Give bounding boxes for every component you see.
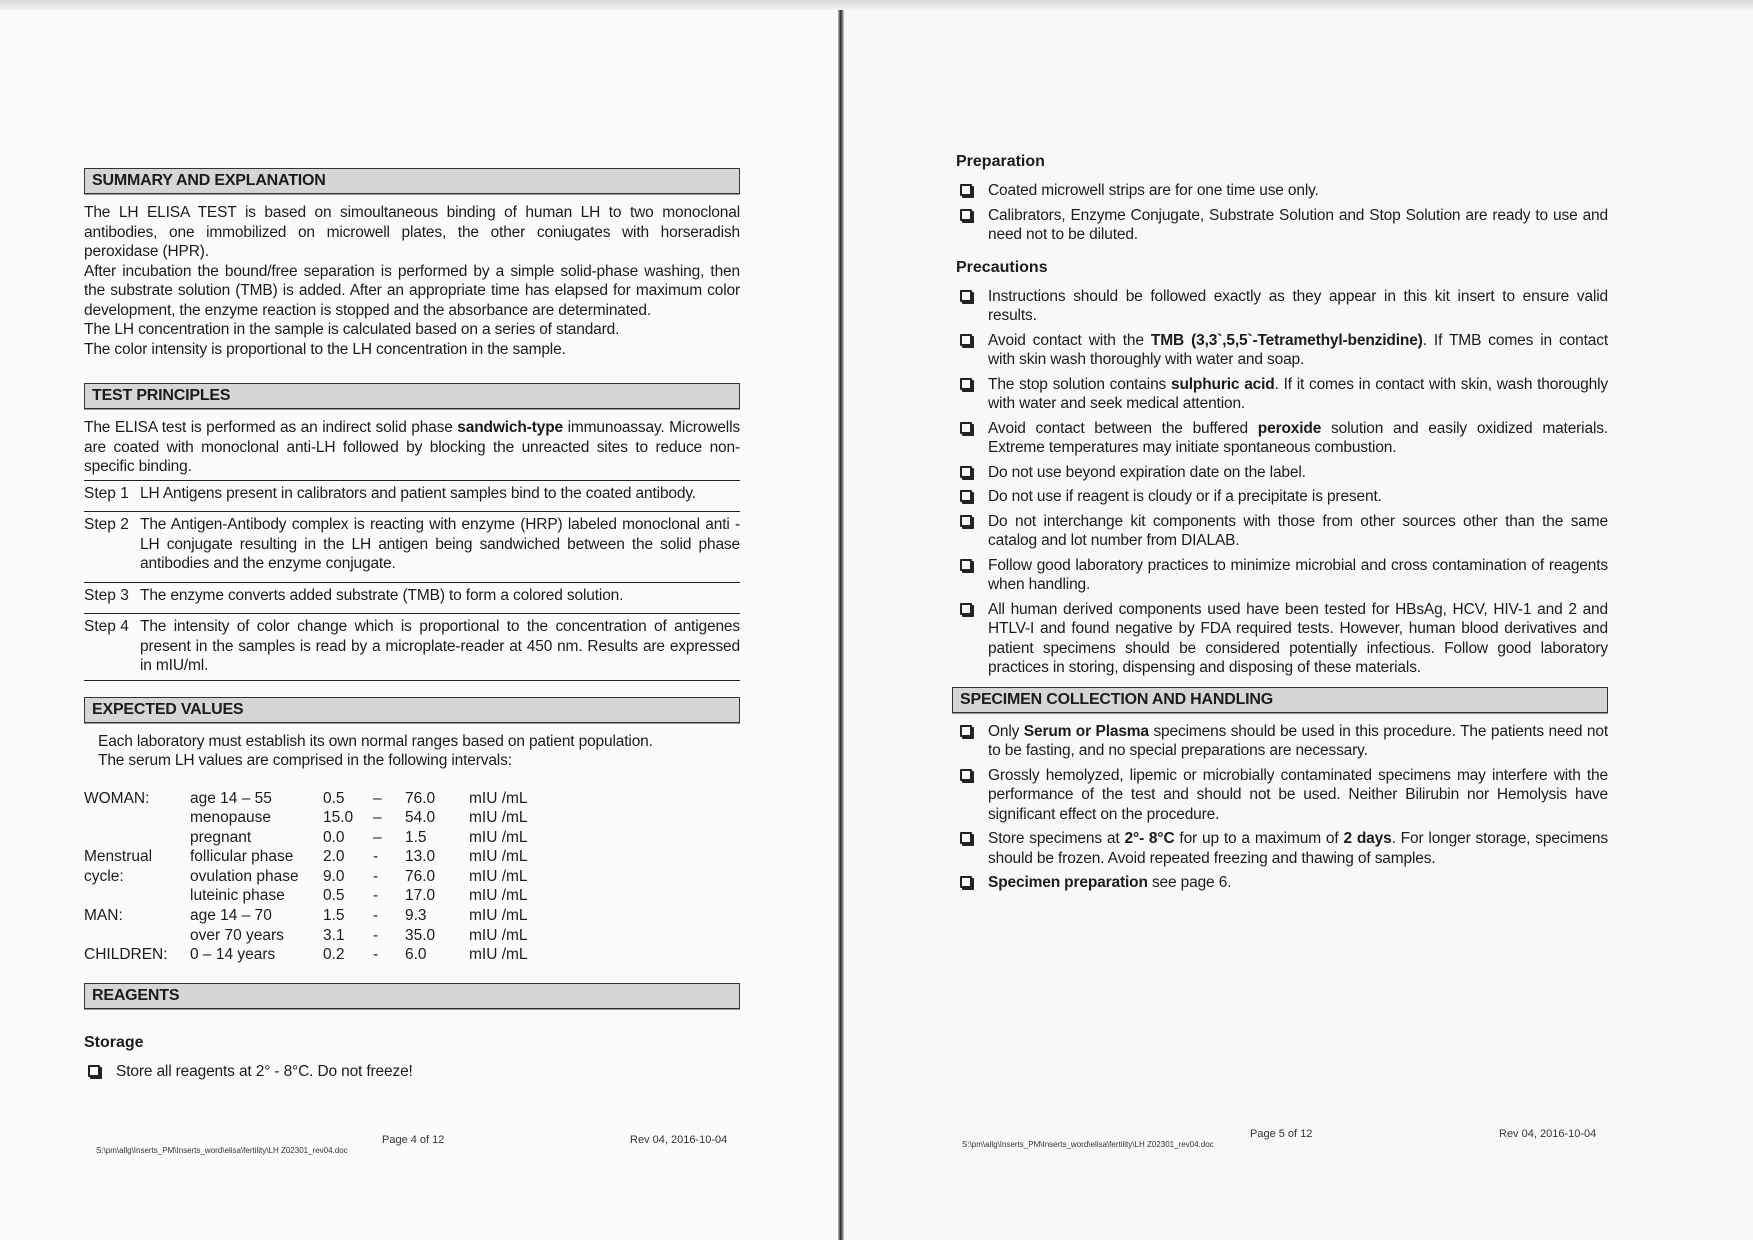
list-item: Do not use beyond expiration date on the… — [956, 463, 1608, 483]
step-text: The intensity of color change which is p… — [140, 617, 740, 676]
item-text: Do not use if reagent is cloudy or if a … — [988, 488, 1382, 505]
item-text: Grossly hemolyzed, lipemic or microbiall… — [988, 767, 1608, 823]
list-item: Grossly hemolyzed, lipemic or microbiall… — [956, 766, 1608, 825]
step-label: Step 1 — [84, 484, 140, 504]
list-item: Coated microwell strips are for one time… — [956, 181, 1608, 201]
page-4: SUMMARY AND EXPLANATION The LH ELISA TES… — [0, 10, 840, 1240]
emphasis-text: Serum or Plasma — [1024, 723, 1149, 740]
cell-sep: - — [373, 945, 405, 965]
expected-values-intro: Each laboratory must establish its own n… — [84, 732, 740, 771]
expected-values-row: over 70 years3.1-35.0mIU /mL — [84, 926, 528, 946]
list-item: Do not interchange kit components with t… — [956, 512, 1608, 551]
list-item: Store specimens at 2°- 8°C for up to a m… — [956, 829, 1608, 868]
emphasis-text: peroxide — [1258, 420, 1321, 437]
expected-values-row: WOMAN:age 14 – 550.5–76.0mIU /mL — [84, 789, 528, 809]
cell-condition: age 14 – 55 — [190, 789, 323, 809]
checkbox-bullet-icon — [960, 559, 972, 571]
list-item: Do not use if reagent is cloudy or if a … — [956, 487, 1608, 507]
cell-sep: - — [373, 867, 405, 887]
cell-group: CHILDREN: — [84, 945, 190, 965]
reagents-heading: REAGENTS — [84, 983, 740, 1009]
summary-paragraph: The LH ELISA TEST is based on simoultane… — [84, 203, 740, 262]
cell-condition: age 14 – 70 — [190, 906, 323, 926]
step-text: The Antigen-Antibody complex is reacting… — [140, 515, 740, 574]
list-item: Store all reagents at 2° - 8°C. Do not f… — [84, 1062, 740, 1082]
item-text: for up to a maximum of — [1175, 830, 1344, 847]
cell-unit: mIU /mL — [469, 886, 528, 906]
cell-low: 9.0 — [323, 867, 373, 887]
cell-group: Menstrual — [84, 847, 190, 867]
steps-list: Step 1LH Antigens present in calibrators… — [84, 480, 740, 681]
cell-condition: pregnant — [190, 828, 323, 848]
list-item-text: The stop solution contains sulphuric aci… — [988, 375, 1608, 414]
expected-values-heading: EXPECTED VALUES — [84, 697, 740, 723]
cell-low: 3.1 — [323, 926, 373, 946]
item-text: Do not use beyond expiration date on the… — [988, 464, 1306, 481]
checkbox-bullet-icon — [960, 290, 972, 302]
cell-group — [84, 926, 190, 946]
checkbox-bullet-icon — [960, 490, 972, 502]
specimen-heading: SPECIMEN COLLECTION AND HANDLING — [952, 687, 1608, 713]
emphasis-text: TMB (3,3`,5,5`-Tetramethyl-benzidine) — [1151, 332, 1423, 349]
step-row: Step 2The Antigen-Antibody complex is re… — [84, 511, 740, 578]
cell-high: 1.5 — [405, 828, 469, 848]
list-item-text: Do not interchange kit components with t… — [988, 512, 1608, 551]
list-item: Calibrators, Enzyme Conjugate, Substrate… — [956, 206, 1608, 245]
cell-low: 15.0 — [323, 808, 373, 828]
list-item-text: Store all reagents at 2° - 8°C. Do not f… — [116, 1062, 740, 1082]
cell-condition: luteinic phase — [190, 886, 323, 906]
emphasis-text: Specimen preparation — [988, 874, 1148, 891]
cell-condition: menopause — [190, 808, 323, 828]
checkbox-bullet-icon — [960, 769, 972, 781]
expected-intro-line: Each laboratory must establish its own n… — [98, 732, 740, 752]
specimen-section: SPECIMEN COLLECTION AND HANDLING Only Se… — [952, 687, 1608, 893]
checkbox-bullet-icon — [960, 378, 972, 390]
checkbox-bullet-icon — [960, 466, 972, 478]
expected-values-row: menopause15.0–54.0mIU /mL — [84, 808, 528, 828]
list-item: Specimen preparation see page 6. — [956, 873, 1608, 893]
cell-high: 13.0 — [405, 847, 469, 867]
cell-group: WOMAN: — [84, 789, 190, 809]
cell-low: 0.5 — [323, 789, 373, 809]
checkbox-bullet-icon — [960, 603, 972, 615]
cell-condition: ovulation phase — [190, 867, 323, 887]
checkbox-bullet-icon — [960, 515, 972, 527]
cell-sep: – — [373, 789, 405, 809]
storage-list: Store all reagents at 2° - 8°C. Do not f… — [84, 1062, 740, 1082]
cell-high: 6.0 — [405, 945, 469, 965]
preparation-section: Preparation Coated microwell strips are … — [956, 153, 1608, 245]
cell-unit: mIU /mL — [469, 945, 528, 965]
item-text: Do not interchange kit components with t… — [988, 513, 1608, 550]
specimen-list: Only Serum or Plasma specimens should be… — [956, 722, 1608, 893]
cell-group: cycle: — [84, 867, 190, 887]
list-item-text: Calibrators, Enzyme Conjugate, Substrate… — [988, 206, 1608, 245]
item-text: Calibrators, Enzyme Conjugate, Substrate… — [988, 207, 1608, 244]
expected-values-section: EXPECTED VALUES Each laboratory must est… — [84, 697, 740, 965]
item-text: Store specimens at — [988, 830, 1124, 847]
cell-group — [84, 808, 190, 828]
expected-values-row: cycle:ovulation phase9.0-76.0mIU /mL — [84, 867, 528, 887]
summary-paragraph: After incubation the bound/free separati… — [84, 262, 740, 321]
cell-sep: - — [373, 906, 405, 926]
list-item: Follow good laboratory practices to mini… — [956, 556, 1608, 595]
list-item-text: Only Serum or Plasma specimens should be… — [988, 722, 1608, 761]
summary-paragraph: The LH concentration in the sample is ca… — [84, 320, 740, 340]
list-item-text: Do not use beyond expiration date on the… — [988, 463, 1608, 483]
cell-sep: - — [373, 926, 405, 946]
list-item: Avoid contact with the TMB (3,3`,5,5`-Te… — [956, 331, 1608, 370]
item-text: Instructions should be followed exactly … — [988, 288, 1608, 325]
scan-top-edge — [0, 0, 1753, 10]
expected-intro-line: The serum LH values are comprised in the… — [98, 751, 740, 771]
summary-section: SUMMARY AND EXPLANATION The LH ELISA TES… — [84, 168, 740, 359]
list-item: The stop solution contains sulphuric aci… — [956, 375, 1608, 414]
cell-condition: follicular phase — [190, 847, 323, 867]
checkbox-bullet-icon — [960, 725, 972, 737]
cell-group — [84, 886, 190, 906]
footer-file-path: S:\pm\allg\Inserts_PM\Inserts_word\elisa… — [96, 1146, 348, 1155]
footer-file-path: S:\pm\allg\Inserts_PM\Inserts_word\elisa… — [962, 1140, 1214, 1149]
item-text: All human derived components used have b… — [988, 601, 1608, 677]
item-text: Avoid contact between the buffered — [988, 420, 1258, 437]
expected-values-row: Menstrualfollicular phase2.0-13.0mIU /mL — [84, 847, 528, 867]
cell-low: 1.5 — [323, 906, 373, 926]
list-item: All human derived components used have b… — [956, 600, 1608, 678]
test-principles-heading: TEST PRINCIPLES — [84, 383, 740, 409]
list-item-text: Follow good laboratory practices to mini… — [988, 556, 1608, 595]
list-item-text: All human derived components used have b… — [988, 600, 1608, 678]
expected-values-row: pregnant0.0–1.5mIU /mL — [84, 828, 528, 848]
list-item-text: Instructions should be followed exactly … — [988, 287, 1608, 326]
cell-sep: – — [373, 828, 405, 848]
list-item: Avoid contact between the buffered perox… — [956, 419, 1608, 458]
checkbox-bullet-icon — [88, 1065, 100, 1077]
precautions-list: Instructions should be followed exactly … — [956, 287, 1608, 678]
list-item-text: Do not use if reagent is cloudy or if a … — [988, 487, 1608, 507]
item-text: Only — [988, 723, 1024, 740]
cell-unit: mIU /mL — [469, 789, 528, 809]
test-principles-section: TEST PRINCIPLES The ELISA test is perfor… — [84, 383, 740, 681]
list-item: Instructions should be followed exactly … — [956, 287, 1608, 326]
cell-unit: mIU /mL — [469, 847, 528, 867]
cell-high: 76.0 — [405, 789, 469, 809]
preparation-list: Coated microwell strips are for one time… — [956, 181, 1608, 245]
precautions-heading: Precautions — [956, 259, 1608, 277]
cell-unit: mIU /mL — [469, 808, 528, 828]
cell-sep: – — [373, 808, 405, 828]
storage-heading: Storage — [84, 1034, 740, 1052]
cell-low: 2.0 — [323, 847, 373, 867]
list-item-text: Store specimens at 2°- 8°C for up to a m… — [988, 829, 1608, 868]
cell-high: 76.0 — [405, 867, 469, 887]
item-text: Coated microwell strips are for one time… — [988, 182, 1319, 199]
list-item: Only Serum or Plasma specimens should be… — [956, 722, 1608, 761]
checkbox-bullet-icon — [960, 422, 972, 434]
step-label: Step 2 — [84, 515, 140, 574]
cell-low: 0.0 — [323, 828, 373, 848]
page-5: Preparation Coated microwell strips are … — [844, 10, 1753, 1240]
cell-high: 35.0 — [405, 926, 469, 946]
cell-unit: mIU /mL — [469, 906, 528, 926]
expected-values-row: luteinic phase0.5-17.0mIU /mL — [84, 886, 528, 906]
cell-unit: mIU /mL — [469, 867, 528, 887]
cell-low: 0.5 — [323, 886, 373, 906]
step-label: Step 3 — [84, 586, 140, 606]
cell-high: 17.0 — [405, 886, 469, 906]
cell-sep: - — [373, 886, 405, 906]
cell-condition: over 70 years — [190, 926, 323, 946]
expected-values-row: MAN:age 14 – 701.5-9.3mIU /mL — [84, 906, 528, 926]
emphasis-text: 2 days — [1343, 830, 1391, 847]
footer-page-number: Page 4 of 12 — [382, 1134, 444, 1146]
checkbox-bullet-icon — [960, 184, 972, 196]
list-item-text: Avoid contact between the buffered perox… — [988, 419, 1608, 458]
footer-revision: Rev 04, 2016-10-04 — [1499, 1128, 1596, 1140]
page-4-content: SUMMARY AND EXPLANATION The LH ELISA TES… — [84, 168, 740, 1086]
cell-group: MAN: — [84, 906, 190, 926]
cell-high: 54.0 — [405, 808, 469, 828]
principles-intro: The ELISA test is performed as an indire… — [84, 418, 740, 477]
expected-values-table: WOMAN:age 14 – 550.5–76.0mIU /mLmenopaus… — [84, 789, 528, 965]
list-item-text: Avoid contact with the TMB (3,3`,5,5`-Te… — [988, 331, 1608, 370]
precautions-section: Precautions Instructions should be follo… — [956, 259, 1608, 678]
cell-unit: mIU /mL — [469, 828, 528, 848]
checkbox-bullet-icon — [960, 209, 972, 221]
step-label: Step 4 — [84, 617, 140, 676]
list-item-text: Specimen preparation see page 6. — [988, 873, 1608, 893]
list-item-text: Coated microwell strips are for one time… — [988, 181, 1608, 201]
cell-unit: mIU /mL — [469, 926, 528, 946]
step-text: The enzyme converts added substrate (TMB… — [140, 586, 740, 606]
cell-low: 0.2 — [323, 945, 373, 965]
list-item-text: Grossly hemolyzed, lipemic or microbiall… — [988, 766, 1608, 825]
reagents-section: REAGENTS Storage Store all reagents at 2… — [84, 983, 740, 1082]
item-text: see page 6. — [1148, 874, 1232, 891]
preparation-heading: Preparation — [956, 153, 1608, 171]
emphasis-text: 2°- 8°C — [1124, 830, 1174, 847]
principles-intro-bold: sandwich-type — [457, 419, 563, 436]
step-row: Step 3The enzyme converts added substrat… — [84, 582, 740, 610]
summary-paragraph: The color intensity is proportional to t… — [84, 340, 740, 360]
page-5-content: Preparation Coated microwell strips are … — [956, 153, 1608, 898]
cell-high: 9.3 — [405, 906, 469, 926]
checkbox-bullet-icon — [960, 876, 972, 888]
checkbox-bullet-icon — [960, 832, 972, 844]
summary-heading: SUMMARY AND EXPLANATION — [84, 168, 740, 194]
footer-page-number: Page 5 of 12 — [1250, 1128, 1312, 1140]
principles-intro-text: The ELISA test is performed as an indire… — [84, 419, 457, 436]
cell-sep: - — [373, 847, 405, 867]
expected-values-row: CHILDREN:0 – 14 years0.2-6.0mIU /mL — [84, 945, 528, 965]
item-text: Avoid contact with the — [988, 332, 1151, 349]
cell-condition: 0 – 14 years — [190, 945, 323, 965]
checkbox-bullet-icon — [960, 334, 972, 346]
step-text: LH Antigens present in calibrators and p… — [140, 484, 740, 504]
item-text: Follow good laboratory practices to mini… — [988, 557, 1608, 594]
emphasis-text: sulphuric acid — [1171, 376, 1275, 393]
cell-group — [84, 828, 190, 848]
item-text: The stop solution contains — [988, 376, 1171, 393]
step-row: Step 4The intensity of color change whic… — [84, 613, 740, 681]
step-row: Step 1LH Antigens present in calibrators… — [84, 480, 740, 508]
footer-revision: Rev 04, 2016-10-04 — [630, 1134, 727, 1146]
